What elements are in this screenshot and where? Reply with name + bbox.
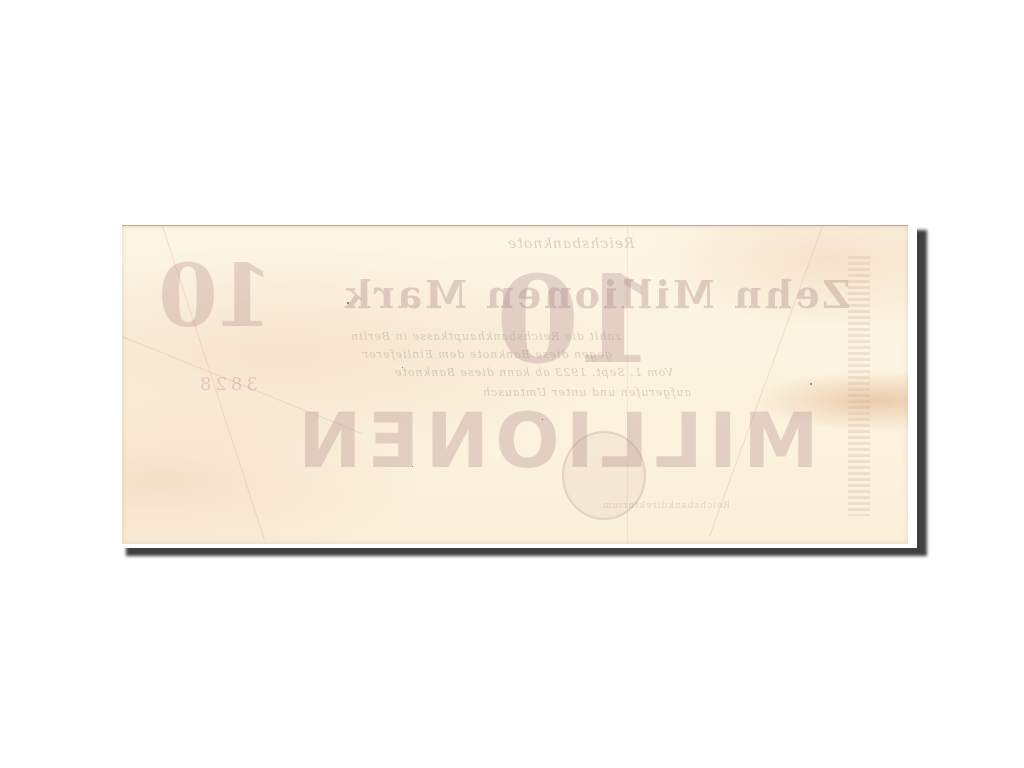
body-line: gegen diese Banknote dem Einlieferer (362, 348, 612, 361)
ink-speck (412, 466, 413, 467)
denomination-word: MILLIONEN (292, 396, 819, 485)
ink-speck (402, 367, 403, 368)
denomination-numeral-left: 10 (162, 246, 274, 347)
ink-speck (347, 302, 349, 304)
ink-speck (810, 383, 812, 385)
body-line: zahlt die Reichsbankhauptkasse in Berlin (350, 330, 621, 343)
banknote-reverse: 10 10 Reichsbanknote Zehn Millionen Mark… (122, 225, 908, 544)
footer-text: Reichsbankdirektorium (602, 501, 730, 511)
serial-number: 3828 (196, 374, 258, 395)
issuer-text: Reichsbanknote (507, 236, 635, 252)
headline-text: Zehn Millionen Mark (342, 272, 850, 317)
ink-speck (542, 419, 543, 420)
body-line: Vom 1. Sept. 1923 ab kann diese Banknote (394, 366, 673, 379)
photo-stage: 10 10 Reichsbanknote Zehn Millionen Mark… (0, 0, 1024, 768)
guilloche-border (848, 256, 870, 516)
